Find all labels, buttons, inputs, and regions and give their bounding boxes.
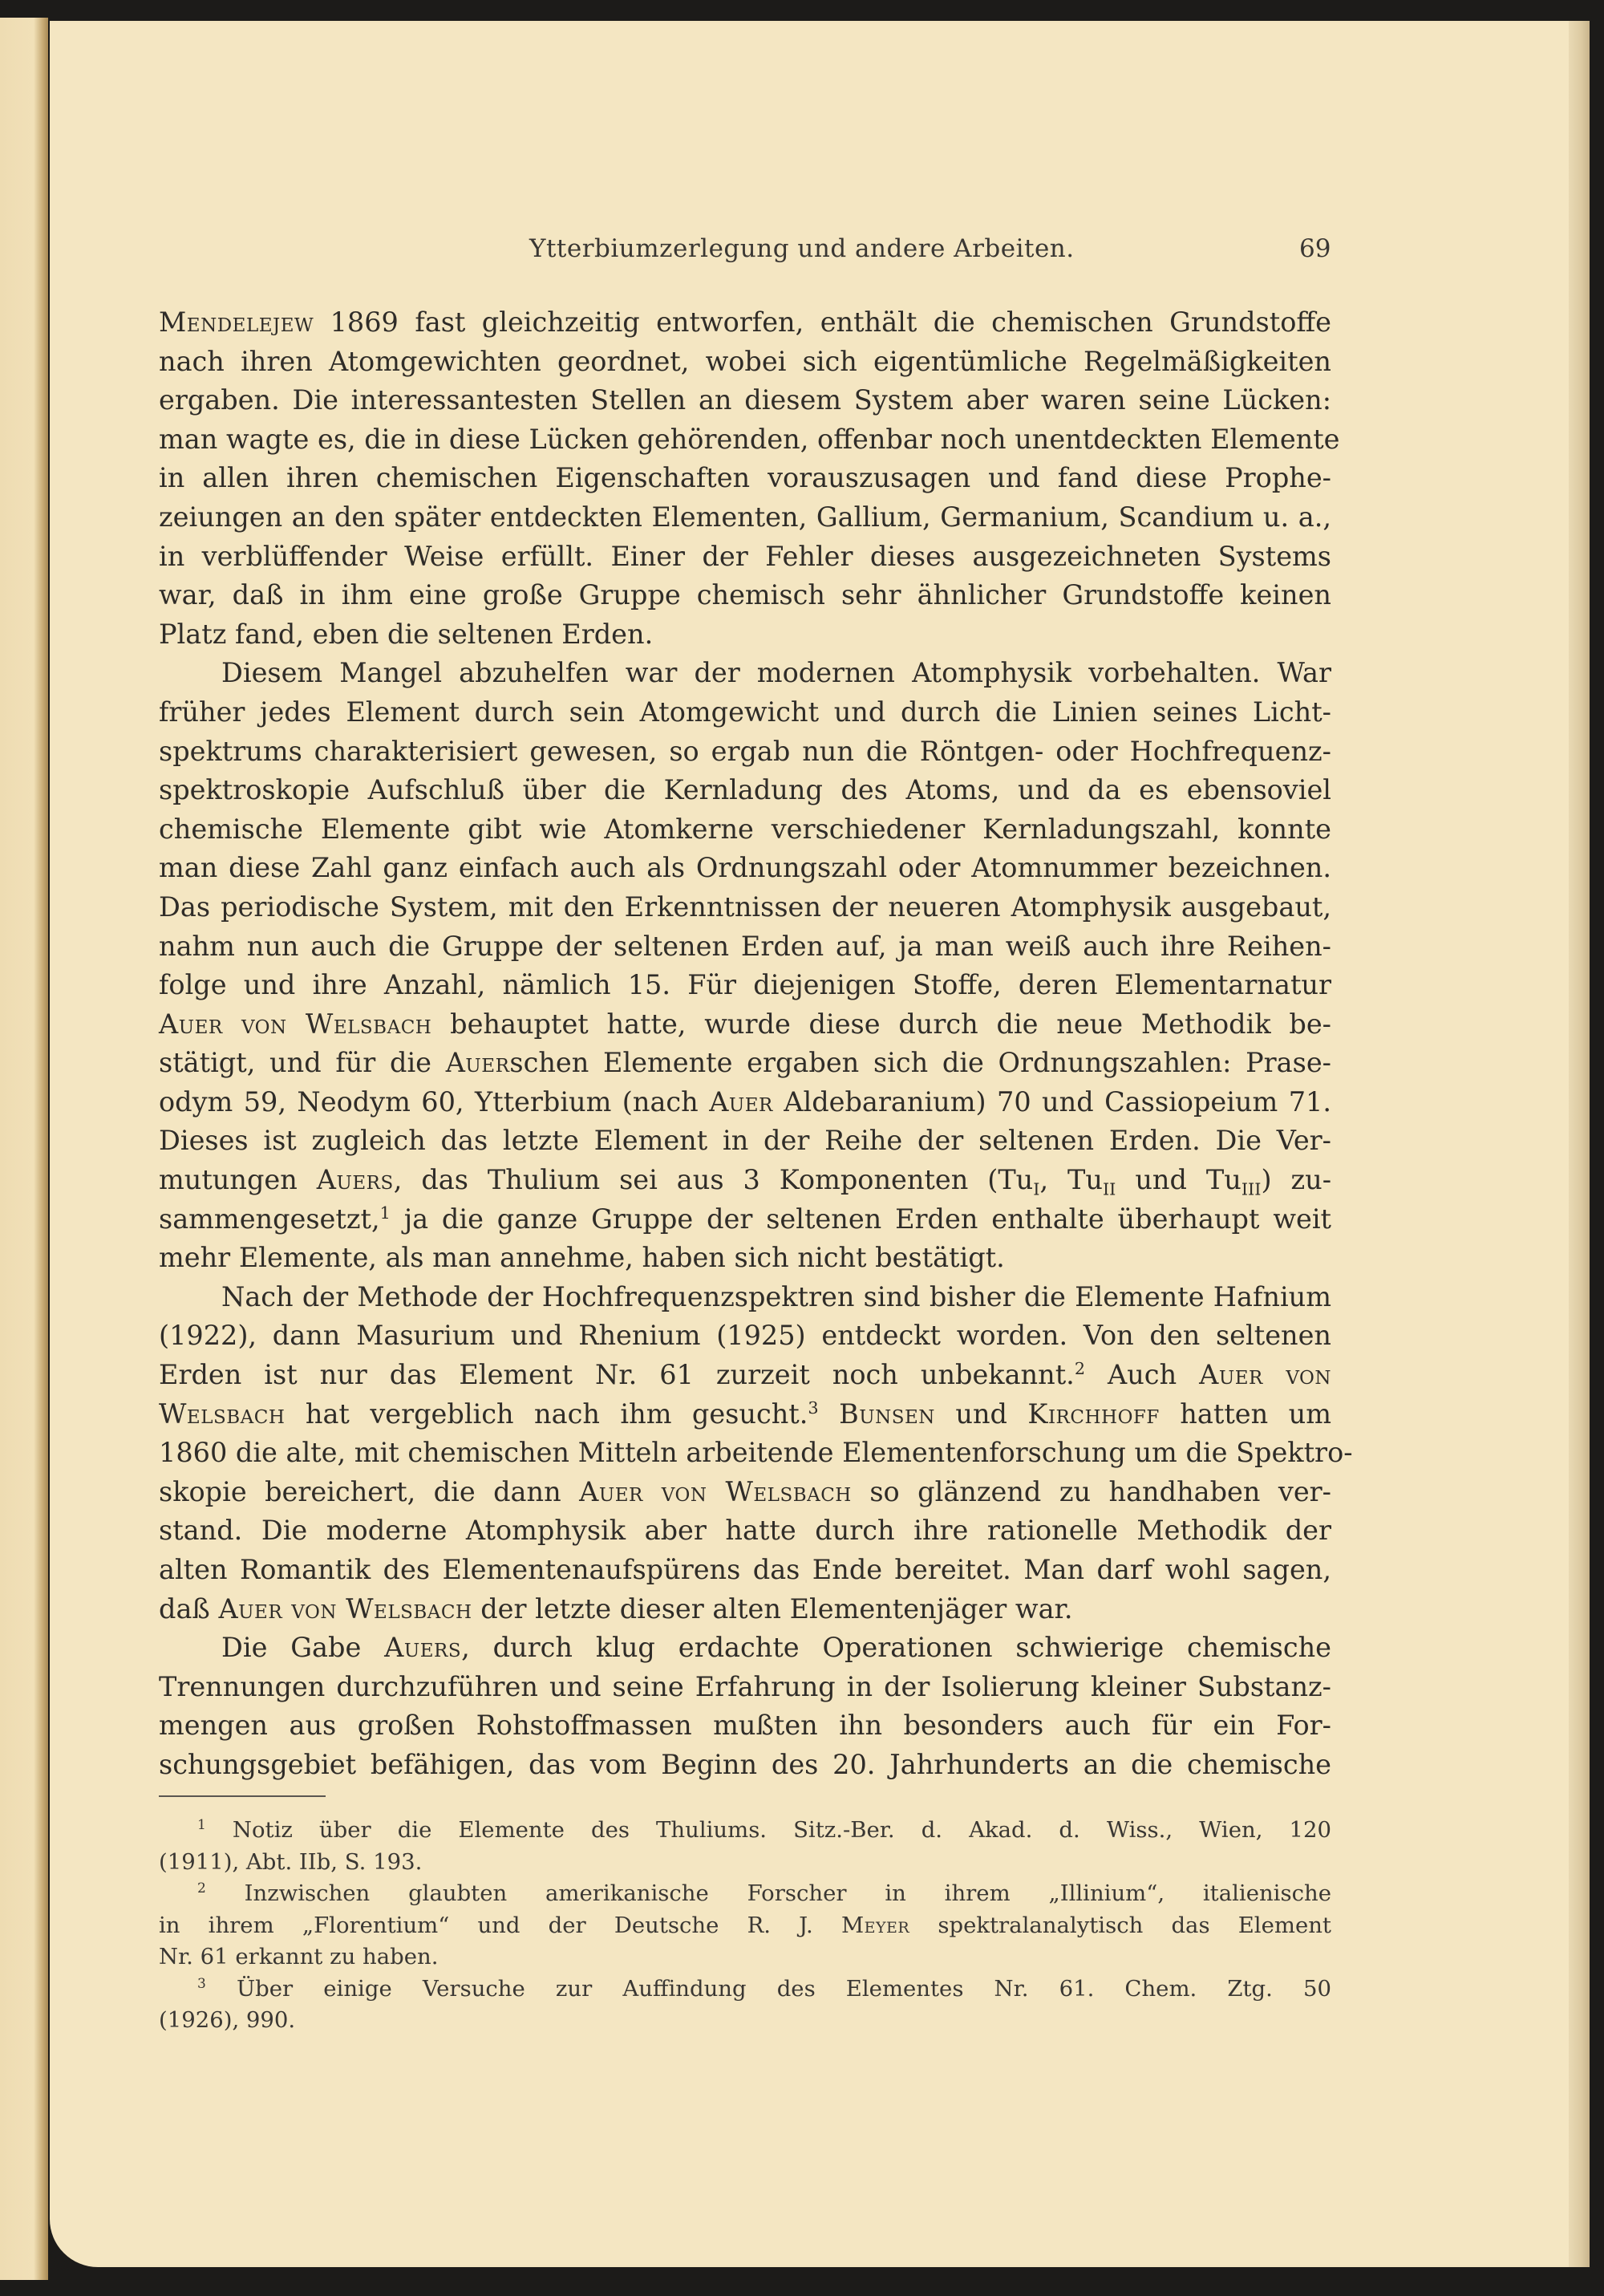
paragraph-start-line: Diesem Mangel abzuhelfen war der moderne…	[159, 654, 1331, 693]
text-line: alten Romantik des Elementenaufspürens d…	[159, 1551, 1331, 1590]
text-line: in allen ihren chemischen Eigenschaften …	[159, 459, 1331, 498]
footnotes: 1 Notiz über die Elemente des Thuliums. …	[159, 1815, 1331, 2037]
text-line: mengen aus großen Rohstoffmassen mußten …	[159, 1706, 1331, 1746]
paragraph-start-line: Die Gabe Auers, durch klug erdachte Oper…	[159, 1629, 1331, 1668]
footnote-2: 2 Inzwischen glaubten amerikanische Fors…	[159, 1878, 1331, 1910]
text-line: (1922), dann Masurium und Rhenium (1925)…	[159, 1316, 1331, 1356]
text-line: folge und ihre Anzahl, nämlich 15. Für d…	[159, 966, 1331, 1005]
footnote-3: 3 Über einige Versuche zur Auffindung de…	[159, 1974, 1331, 2006]
text-line: sammengesetzt,1 ja die ganze Gruppe der …	[159, 1200, 1331, 1239]
running-title: Ytterbiumzerlegung und andere Arbeiten.	[529, 234, 1075, 263]
text-line: war, daß in ihm eine große Gruppe chemis…	[159, 576, 1331, 615]
text-line: Trennungen durchzuführen und seine Erfah…	[159, 1668, 1331, 1707]
footnote-1-cont: (1911), Abt. IIb, S. 193.	[159, 1847, 1331, 1879]
text-line: stätigt, und für die Auerschen Elemente …	[159, 1044, 1331, 1083]
text-line: Welsbach hat vergeblich nach ihm gesucht…	[159, 1395, 1331, 1434]
text-line: chemische Elemente gibt wie Atomkerne ve…	[159, 810, 1331, 850]
footnote-ref-3[interactable]: 3	[808, 1397, 818, 1417]
text-line: odym 59, Neodym 60, Ytterbium (nach Auer…	[159, 1083, 1331, 1122]
body-text: Mendelejew 1869 fast gleichzeitig entwor…	[159, 303, 1331, 1785]
text-line: in verblüffender Weise erfüllt. Einer de…	[159, 537, 1331, 577]
text-line: spektroskopie Aufschluß über die Kernlad…	[159, 771, 1331, 810]
text-line: Auer von Welsbach behauptet hatte, wurde…	[159, 1005, 1331, 1045]
text-line: stand. Die moderne Atomphysik aber hatte…	[159, 1511, 1331, 1551]
page-stack-edge	[1569, 21, 1590, 2267]
text-line: ergaben. Die interessantesten Stellen an…	[159, 381, 1331, 420]
text-line: Platz fand, eben die seltenen Erden.	[159, 615, 1331, 655]
text-line: nahm nun auch die Gruppe der seltenen Er…	[159, 927, 1331, 967]
footnote-2-cont: Nr. 61 erkannt zu haben.	[159, 1941, 1331, 1974]
page-number: 69	[1299, 234, 1331, 263]
text-line: Erden ist nur das Element Nr. 61 zurzeit…	[159, 1356, 1331, 1395]
footnote-separator	[159, 1795, 326, 1797]
paragraph-start-line: Nach der Methode der Hochfrequenzspektre…	[159, 1278, 1331, 1317]
text-line: mutungen Auers, das Thulium sei aus 3 Ko…	[159, 1161, 1331, 1200]
text-line: Das periodische System, mit den Erkenntn…	[159, 888, 1331, 927]
footnote-3-cont: (1926), 990.	[159, 2005, 1331, 2037]
text-line: skopie bereichert, die dann Auer von Wel…	[159, 1473, 1331, 1512]
footnote-ref-2[interactable]: 2	[1075, 1359, 1085, 1378]
previous-page-edge	[0, 18, 48, 2280]
text-line: nach ihren Atomgewichten geordnet, wobei…	[159, 343, 1331, 382]
running-head: Ytterbiumzerlegung und andere Arbeiten. …	[0, 234, 1604, 266]
text-line: daß Auer von Welsbach der letzte dieser …	[159, 1590, 1331, 1629]
text-line: spektrums charakterisiert gewesen, so er…	[159, 732, 1331, 772]
footnote-1: 1 Notiz über die Elemente des Thuliums. …	[159, 1815, 1331, 1847]
text-line: früher jedes Element durch sein Atomgewi…	[159, 693, 1331, 732]
text-line: mehr Elemente, als man annehme, haben si…	[159, 1239, 1331, 1278]
footnote-2-cont: in ihrem „Florentium“ und der Deutsche R…	[159, 1910, 1331, 1942]
text-line: zeiungen an den später entdeckten Elemen…	[159, 498, 1331, 537]
footnote-ref-1[interactable]: 1	[380, 1203, 391, 1223]
text-line: man diese Zahl ganz einfach auch als Ord…	[159, 849, 1331, 888]
text-line: schungsgebiet befähigen, das vom Beginn …	[159, 1746, 1331, 1785]
text-line: man wagte es, die in diese Lücken gehöre…	[159, 420, 1331, 460]
text-line: 1860 die alte, mit chemischen Mitteln ar…	[159, 1434, 1331, 1473]
text-line: Mendelejew 1869 fast gleichzeitig entwor…	[159, 303, 1331, 343]
text-line: Dieses ist zugleich das letzte Element i…	[159, 1122, 1331, 1161]
